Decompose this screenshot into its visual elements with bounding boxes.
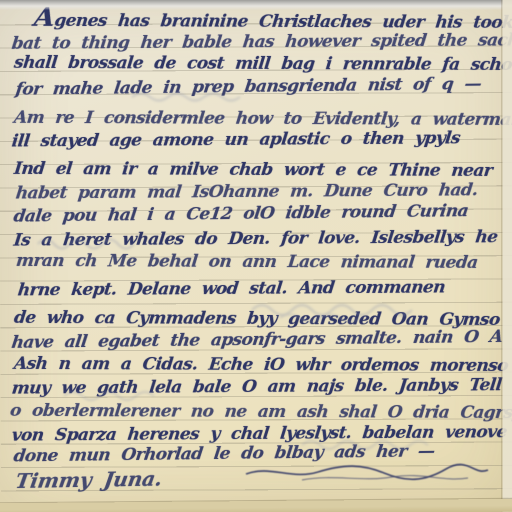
- handwritten-line: o oberlermlerener no ne am ash shal O dr…: [9, 401, 512, 423]
- handwritten-line: bat to thing her bable has however spite…: [11, 30, 512, 54]
- handwritten-line: Ind el am ir a milve chab wort e ce Thin…: [13, 159, 493, 181]
- ink-bleed-mark: [250, 296, 440, 322]
- notebook-page-photo: Agenes has braninine Christlaches uder h…: [0, 0, 512, 512]
- signature: Timmy Juna.: [14, 469, 163, 492]
- scribble-flourish: [242, 460, 492, 488]
- ink-bleed-mark: [300, 434, 450, 454]
- handwritten-line: shall brossale de cost mill bag i rennra…: [13, 53, 512, 75]
- handwritten-line: ill stayed age amone un aplastic o then …: [11, 128, 461, 151]
- handwritten-line: habet param mal IsOhanne m. Dune Curo ha…: [15, 180, 479, 203]
- page-right-edge: [501, 0, 512, 512]
- page-top-edge: [0, 0, 512, 10]
- ruled-paper: Agenes has braninine Christlaches uder h…: [0, 0, 512, 512]
- handwritten-line: Am re I considermlee how to Evidently, a…: [13, 108, 512, 130]
- ink-bleed-mark: [36, 232, 146, 252]
- handwritten-line: Ash n am a Cidas. Eche iO whr ordemos mo…: [13, 354, 509, 376]
- handwritten-line: Agenes has braninine Christlaches uder h…: [33, 8, 512, 33]
- handwritten-line: mran ch Me behal on ann Lace nimanal rue…: [15, 251, 479, 273]
- ink-bleed-mark: [130, 88, 260, 104]
- ink-bleed-mark: [62, 386, 172, 404]
